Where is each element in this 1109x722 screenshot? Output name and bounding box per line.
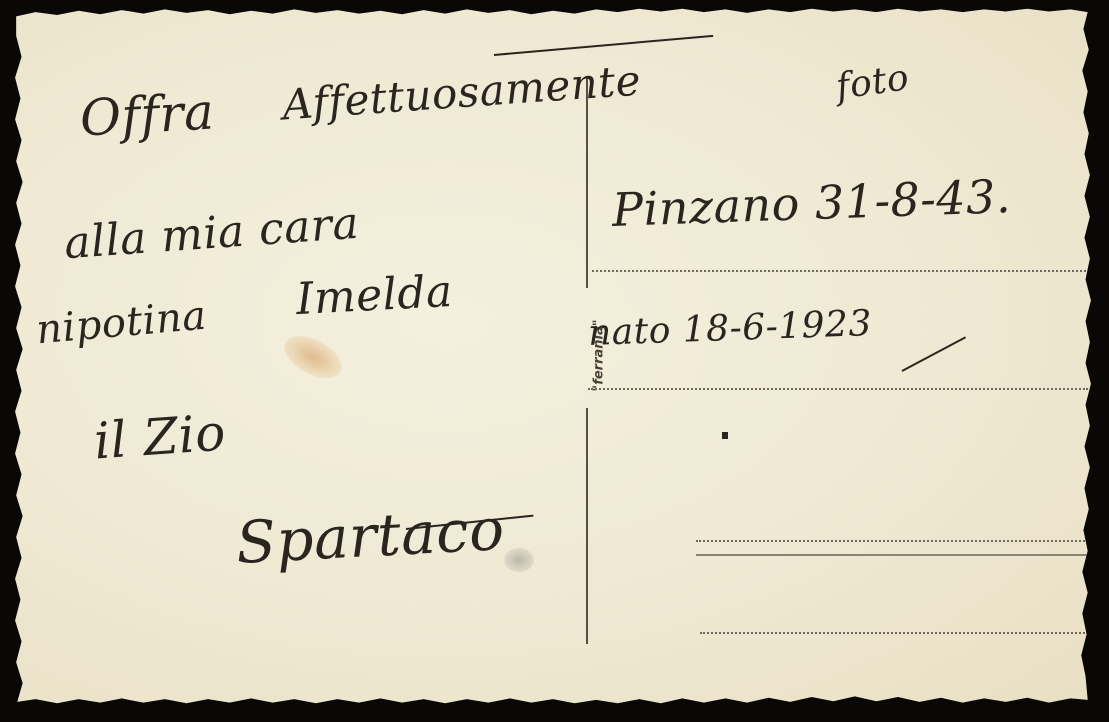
- ink-smudge: [504, 548, 534, 572]
- message-line-il-zio: il Zio: [92, 403, 227, 470]
- address-line-4: [700, 632, 1092, 634]
- address-line-1: [592, 270, 1086, 272]
- message-word-nipotina: nipotina: [34, 293, 208, 354]
- center-divider-bottom: [586, 408, 588, 644]
- center-divider-top: [586, 78, 588, 288]
- birth-underline-flourish: [902, 336, 967, 372]
- birth-line-nato: nato 18-6-1923: [587, 303, 872, 354]
- address-line-3-dotted: [696, 540, 1092, 542]
- message-word-imelda: Imelda: [295, 266, 454, 325]
- note-foto: foto: [834, 57, 912, 108]
- message-word-affettuosamente: Affettuosamente: [281, 56, 643, 130]
- place-date-pinzano: Pinzano 31-8-43.: [611, 169, 1012, 237]
- underline-flourish: [494, 35, 713, 56]
- ink-mark: [722, 432, 728, 439]
- address-line-2: [588, 388, 1088, 390]
- scan-background: Offra Affettuosamente alla mia cara nipo…: [0, 0, 1109, 722]
- rust-stain: [278, 327, 349, 386]
- message-word-offra: Offra: [79, 83, 216, 148]
- postcard: Offra Affettuosamente alla mia cara nipo…: [14, 8, 1092, 704]
- address-line-3-solid: [696, 554, 1092, 556]
- message-line-alla-mia-cara: alla mia cara: [63, 198, 361, 269]
- signature-spartaco: Spartaco: [234, 495, 506, 577]
